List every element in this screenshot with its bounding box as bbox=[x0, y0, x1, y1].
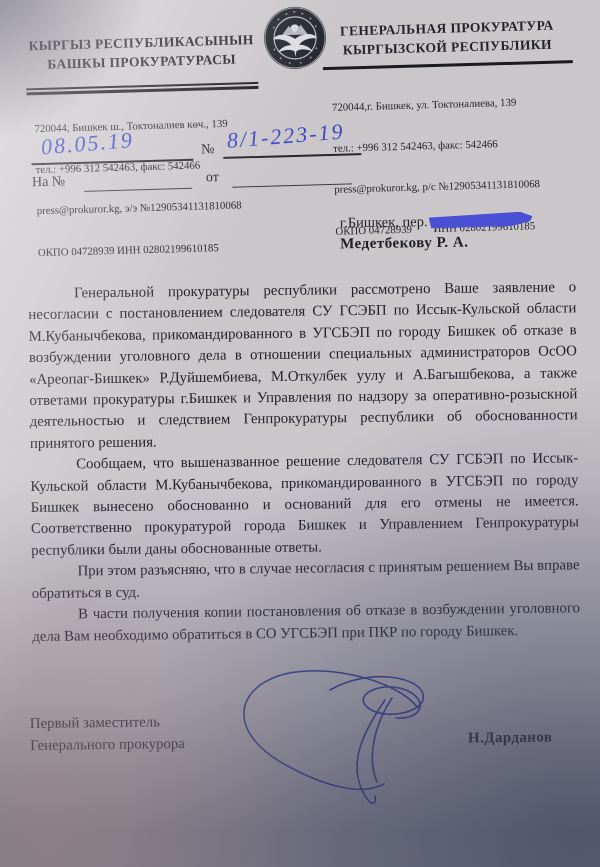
right-address-line: тел.: +996 312 542463, факс: 542466 bbox=[333, 137, 539, 157]
body-paragraph-4: В части получения копии постановления об… bbox=[32, 598, 580, 648]
letterhead-left-title: КЫРГЫЗ РЕСПУБЛИКАСЫНЫН БАШКЫ ПРОКУРАТУРА… bbox=[25, 30, 258, 74]
recipient-address-text: г.Бишкек, пер. bbox=[340, 214, 428, 231]
left-address-line: ОКПО 04728939 ИНН 02802199610185 bbox=[38, 241, 243, 261]
signer-position-line2: Генерального прокурора bbox=[30, 733, 185, 757]
number-sign-label: № bbox=[201, 142, 215, 158]
signer-position-line1: Первый заместитель bbox=[30, 711, 185, 735]
left-address-line: press@prokuror.kg, э/э №1290534113181006… bbox=[37, 200, 242, 220]
letterhead: КЫРГЫЗ РЕСПУБЛИКАСЫНЫН БАШКЫ ПРОКУРАТУРА… bbox=[0, 0, 600, 231]
body-paragraph-3: При этом разъясняю, что в случае несогла… bbox=[31, 556, 579, 606]
letterhead-right-title: ГЕНЕРАЛЬНАЯ ПРОКУРАТУРА КЫРГЫЗСКОЙ РЕСПУ… bbox=[322, 15, 573, 60]
reply-number-label: На № bbox=[32, 174, 66, 191]
recipient-address: г.Бишкек, пер. bbox=[340, 213, 533, 233]
letter-body: Генеральной прокуратуры республики рассм… bbox=[28, 277, 580, 648]
handwritten-number: 8/1-223-19 bbox=[226, 118, 345, 153]
reply-from-label: от bbox=[206, 170, 219, 186]
body-paragraph-2: Сообщаем, что вышеназванное решение след… bbox=[30, 449, 579, 563]
right-address-line: 720044,г. Бишкек, ул. Токтоналиева, 139 bbox=[332, 96, 538, 116]
handwritten-signature-icon bbox=[180, 660, 450, 810]
letter-photo: КЫРГЫЗ РЕСПУБЛИКАСЫНЫН БАШКЫ ПРОКУРАТУРА… bbox=[0, 0, 600, 867]
recipient-block: г.Бишкек, пер. Медетбекову Р. А. bbox=[340, 213, 533, 254]
recipient-name: Медетбекову Р. А. bbox=[340, 234, 533, 254]
redaction-marker bbox=[428, 211, 532, 229]
state-emblem-icon bbox=[261, 4, 329, 72]
signer-position: Первый заместитель Генерального прокурор… bbox=[30, 711, 185, 757]
right-address-line: press@prokuror.kg, р/с №1290534113181006… bbox=[334, 178, 540, 198]
body-paragraph-1: Генеральной прокуратуры республики рассм… bbox=[28, 277, 578, 455]
signer-name: Н.Дарданов bbox=[468, 729, 553, 747]
